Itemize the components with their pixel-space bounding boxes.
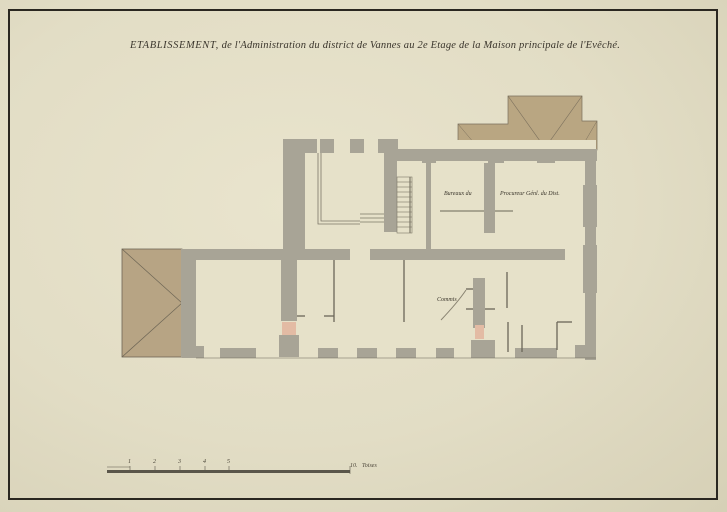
scale-unit: Toises xyxy=(362,463,377,469)
scale-tick-5: 5 xyxy=(227,459,230,465)
left-roof-annex xyxy=(122,249,182,357)
scale-tick-2: 2 xyxy=(153,459,156,465)
scale-tick-1: 1 xyxy=(128,459,131,465)
scale-tick-3: 3 xyxy=(178,459,181,465)
floor-plan xyxy=(0,0,727,512)
scale-end-label: 10. xyxy=(350,463,358,469)
room-label-procureur: Procureur Génl. du Dist. xyxy=(500,191,560,197)
scale-bar xyxy=(107,466,350,474)
scale-tick-4: 4 xyxy=(203,459,206,465)
room-label-commis: Commis xyxy=(437,297,457,303)
room-label-bureau: Bureaux du xyxy=(444,191,472,197)
